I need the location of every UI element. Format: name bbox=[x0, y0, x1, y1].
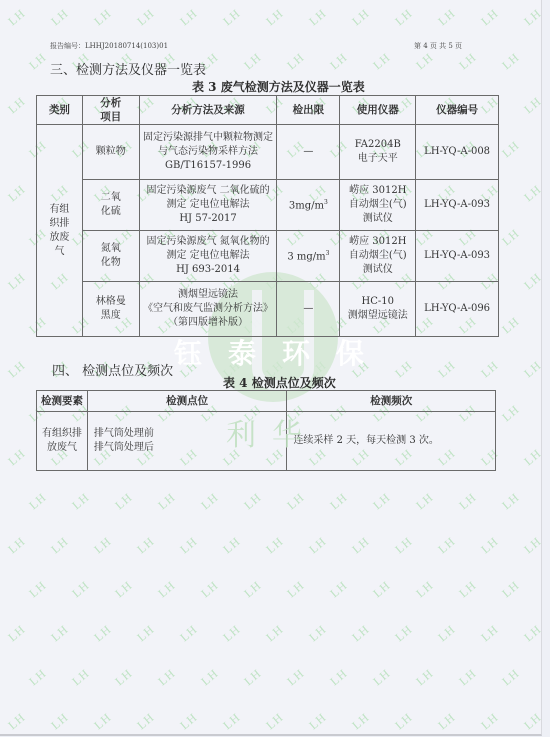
lh-watermark-mark: LH bbox=[241, 578, 264, 601]
lh-watermark-mark: LH bbox=[134, 534, 157, 557]
frequency-cell: 连续采样 2 天，每天检测 3 次。 bbox=[287, 412, 496, 471]
lh-watermark-mark: LH bbox=[349, 710, 372, 733]
lh-watermark-mark: LH bbox=[48, 6, 71, 29]
lh-watermark-mark: LH bbox=[349, 534, 372, 557]
element-cell: 有组织排 放废气 bbox=[37, 412, 88, 471]
table-row: 氮氧 化物 固定污染源废气 氮氧化物的 测定 定电位电解法 HJ 693-201… bbox=[37, 231, 499, 282]
col-header-item: 分析 项目 bbox=[82, 96, 139, 125]
col-header-instrument-id: 仪器编号 bbox=[416, 96, 499, 125]
section-4-title: 四、 检测点位及频次 bbox=[52, 360, 173, 379]
lh-watermark-mark: LH bbox=[413, 578, 436, 601]
item-cell: 林格曼 黑度 bbox=[82, 282, 139, 337]
lh-watermark-mark: LH bbox=[435, 534, 458, 557]
lh-watermark-mark: LH bbox=[435, 358, 458, 381]
lh-watermark-mark: LH bbox=[220, 534, 243, 557]
col-header-category: 类别 bbox=[37, 96, 83, 125]
lh-watermark-mark: LH bbox=[521, 94, 541, 117]
lh-watermark-mark: LH bbox=[499, 578, 522, 601]
page-info: 第 4 页 共 5 页 bbox=[414, 41, 462, 51]
lh-watermark-mark: LH bbox=[48, 534, 71, 557]
lh-watermark-mark: LH bbox=[177, 534, 200, 557]
item-cell: 二氧 化硫 bbox=[82, 180, 139, 231]
lh-watermark-mark: LH bbox=[198, 666, 221, 689]
lh-watermark-mark: LH bbox=[306, 6, 329, 29]
lh-watermark-mark: LH bbox=[499, 314, 522, 337]
limit-cell: — bbox=[277, 125, 340, 180]
lh-watermark-mark: LH bbox=[241, 490, 264, 513]
instrument-cell: 崂应 3012H 自动烟尘(气) 测试仪 bbox=[340, 231, 416, 282]
lh-watermark-mark: LH bbox=[263, 710, 286, 733]
instrument-id-cell: LH-YQ-A-093 bbox=[416, 231, 499, 282]
lh-watermark-mark: LH bbox=[521, 182, 541, 205]
lh-watermark-mark: LH bbox=[48, 622, 71, 645]
lh-watermark-mark: LH bbox=[112, 578, 135, 601]
lh-watermark-mark: LH bbox=[284, 578, 307, 601]
lh-watermark-mark: LH bbox=[177, 6, 200, 29]
table-row: 二氧 化硫 固定污染源废气 二氧化硫的 测定 定电位电解法 HJ 57-2017… bbox=[37, 180, 499, 231]
lh-watermark-mark: LH bbox=[112, 666, 135, 689]
lh-watermark-mark: LH bbox=[134, 622, 157, 645]
lh-watermark-mark: LH bbox=[499, 226, 522, 249]
lh-watermark-mark: LH bbox=[392, 6, 415, 29]
lh-watermark-mark: LH bbox=[349, 622, 372, 645]
document-page: LHLHLHLHLHLHLHLHLHLHLHLHLHLHLHLHLHLHLHLH… bbox=[0, 0, 542, 736]
lh-watermark-mark: LH bbox=[306, 710, 329, 733]
lh-watermark-mark: LH bbox=[456, 578, 479, 601]
col-header-method: 分析方法及来源 bbox=[139, 96, 277, 125]
lh-watermark-mark: LH bbox=[499, 138, 522, 161]
lh-watermark-mark: LH bbox=[478, 622, 501, 645]
lh-watermark-mark: LH bbox=[198, 490, 221, 513]
lh-watermark-mark: LH bbox=[327, 50, 350, 73]
instrument-cell: HC-10 测烟望远镜法 bbox=[340, 282, 416, 337]
method-cell: 固定污染源排气中颗粒物测定 与气态污染物采样方法 GB/T16157-1996 bbox=[139, 125, 277, 180]
lh-watermark-mark: LH bbox=[370, 666, 393, 689]
lh-watermark-mark: LH bbox=[521, 622, 541, 645]
category-cell: 有组 织排 放废 气 bbox=[37, 125, 83, 337]
lh-watermark-mark: LH bbox=[263, 6, 286, 29]
lh-watermark-mark: LH bbox=[134, 6, 157, 29]
instrument-id-cell: LH-YQ-A-008 bbox=[416, 125, 499, 180]
limit-cell: 3mg/m3 bbox=[277, 180, 340, 231]
lh-watermark-mark: LH bbox=[26, 490, 49, 513]
lh-watermark-mark: LH bbox=[134, 710, 157, 733]
lh-watermark-mark: LH bbox=[521, 6, 541, 29]
instrument-id-cell: LH-YQ-A-096 bbox=[416, 282, 499, 337]
lh-watermark-mark: LH bbox=[91, 6, 114, 29]
lh-watermark-mark: LH bbox=[435, 6, 458, 29]
section-3-title: 三、检测方法及仪器一览表 bbox=[50, 59, 206, 78]
report-number: 报告编号：LHHJ20180714(103)01 bbox=[50, 41, 168, 51]
lh-watermark-mark: LH bbox=[521, 446, 541, 469]
lh-watermark-mark: LH bbox=[370, 490, 393, 513]
lh-watermark-mark: LH bbox=[499, 666, 522, 689]
lh-watermark-mark: LH bbox=[413, 666, 436, 689]
table-4-caption: 表 4 检测点位及频次 bbox=[223, 374, 336, 391]
lh-watermark-mark: LH bbox=[241, 50, 264, 73]
table-row: 林格曼 黑度 测烟望远镜法 《空气和废气监测分析方法》 （第四版增补版） — H… bbox=[37, 282, 499, 337]
lh-watermark-mark: LH bbox=[499, 50, 522, 73]
lh-watermark-mark: LH bbox=[5, 710, 28, 733]
lh-watermark-mark: LH bbox=[413, 50, 436, 73]
lh-watermark-mark: LH bbox=[499, 402, 522, 425]
lh-watermark-mark: LH bbox=[392, 710, 415, 733]
lh-watermark-mark: LH bbox=[155, 666, 178, 689]
lh-watermark-mark: LH bbox=[177, 622, 200, 645]
lh-watermark-mark: LH bbox=[521, 358, 541, 381]
method-cell: 固定污染源废气 氮氧化物的 测定 定电位电解法 HJ 693-2014 bbox=[139, 231, 277, 282]
lh-watermark-mark: LH bbox=[521, 534, 541, 557]
col-header-instrument: 使用仪器 bbox=[340, 96, 416, 125]
lh-watermark-mark: LH bbox=[370, 578, 393, 601]
report-number-value: LHHJ20180714(103)01 bbox=[85, 42, 168, 50]
table-3-header-row: 类别 分析 项目 分析方法及来源 检出限 使用仪器 仪器编号 bbox=[37, 96, 499, 125]
instrument-cell: FA2204B 电子天平 bbox=[340, 125, 416, 180]
table-3-methods-instruments: 类别 分析 项目 分析方法及来源 检出限 使用仪器 仪器编号 有组 织排 放废 … bbox=[36, 95, 499, 337]
lh-watermark-mark: LH bbox=[521, 710, 541, 733]
lh-watermark-mark: LH bbox=[155, 490, 178, 513]
table-3-caption: 表 3 废气检测方法及仪器一览表 bbox=[192, 78, 365, 95]
lh-watermark-mark: LH bbox=[284, 50, 307, 73]
lh-watermark-mark: LH bbox=[456, 490, 479, 513]
lh-watermark-mark: LH bbox=[392, 534, 415, 557]
report-number-label: 报告编号： bbox=[50, 42, 85, 50]
lh-watermark-mark: LH bbox=[5, 6, 28, 29]
lh-watermark-mark: LH bbox=[327, 578, 350, 601]
col-header-frequency: 检测频次 bbox=[287, 391, 496, 412]
lh-watermark-mark: LH bbox=[478, 710, 501, 733]
lh-watermark-mark: LH bbox=[5, 358, 28, 381]
lh-watermark-mark: LH bbox=[5, 446, 28, 469]
method-cell: 测烟望远镜法 《空气和废气监测分析方法》 （第四版增补版） bbox=[139, 282, 277, 337]
item-cell: 氮氧 化物 bbox=[82, 231, 139, 282]
lh-watermark-mark: LH bbox=[392, 358, 415, 381]
lh-watermark-mark: LH bbox=[5, 270, 28, 293]
item-cell: 颗粒物 bbox=[82, 125, 139, 180]
lh-watermark-mark: LH bbox=[435, 710, 458, 733]
lh-watermark-mark: LH bbox=[413, 490, 436, 513]
lh-watermark-mark: LH bbox=[91, 622, 114, 645]
lh-watermark-mark: LH bbox=[5, 622, 28, 645]
instrument-cell: 崂应 3012H 自动烟尘(气) 测试仪 bbox=[340, 180, 416, 231]
lh-watermark-mark: LH bbox=[478, 358, 501, 381]
lh-watermark-mark: LH bbox=[220, 710, 243, 733]
table-4-header-row: 检测要素 检测点位 检测频次 bbox=[37, 391, 496, 412]
lh-watermark-mark: LH bbox=[177, 710, 200, 733]
limit-cell: — bbox=[277, 282, 340, 337]
lh-watermark-mark: LH bbox=[263, 534, 286, 557]
lh-watermark-mark: LH bbox=[69, 578, 92, 601]
limit-cell: 3 mg/m3 bbox=[277, 231, 340, 282]
lh-watermark-mark: LH bbox=[327, 490, 350, 513]
lh-watermark-mark: LH bbox=[112, 490, 135, 513]
lh-watermark-mark: LH bbox=[370, 50, 393, 73]
lh-watermark-mark: LH bbox=[478, 6, 501, 29]
limit-value: 3 mg/m bbox=[287, 252, 325, 263]
lh-watermark-mark: LH bbox=[521, 270, 541, 293]
col-header-points: 检测点位 bbox=[87, 391, 287, 412]
lh-watermark-mark: LH bbox=[284, 490, 307, 513]
instrument-id-cell: LH-YQ-A-093 bbox=[416, 180, 499, 231]
lh-watermark-mark: LH bbox=[26, 578, 49, 601]
lh-watermark-mark: LH bbox=[69, 666, 92, 689]
lh-watermark-mark: LH bbox=[198, 578, 221, 601]
lh-watermark-mark: LH bbox=[499, 490, 522, 513]
table-row: 有组 织排 放废 气 颗粒物 固定污染源排气中颗粒物测定 与气态污染物采样方法 … bbox=[37, 125, 499, 180]
lh-watermark-mark: LH bbox=[5, 534, 28, 557]
lh-watermark-mark: LH bbox=[456, 666, 479, 689]
limit-superscript: 3 bbox=[324, 199, 328, 206]
method-cell: 固定污染源废气 二氧化硫的 测定 定电位电解法 HJ 57-2017 bbox=[139, 180, 277, 231]
lh-watermark-mark: LH bbox=[69, 490, 92, 513]
lh-watermark-mark: LH bbox=[155, 578, 178, 601]
lh-watermark-mark: LH bbox=[48, 710, 71, 733]
lh-watermark-mark: LH bbox=[91, 710, 114, 733]
watermark-company-name: 钰泰环保 bbox=[174, 332, 390, 372]
limit-superscript: 3 bbox=[326, 250, 330, 257]
col-header-limit: 检出限 bbox=[277, 96, 340, 125]
lh-watermark-mark: LH bbox=[349, 6, 372, 29]
lh-watermark-mark: LH bbox=[284, 666, 307, 689]
lh-watermark-mark: LH bbox=[392, 622, 415, 645]
limit-value: 3mg/m bbox=[289, 201, 324, 212]
watermark-company-name-2: 利华 bbox=[226, 410, 318, 454]
lh-watermark-mark: LH bbox=[306, 622, 329, 645]
lh-watermark-mark: LH bbox=[478, 534, 501, 557]
lh-watermark-mark: LH bbox=[5, 182, 28, 205]
lh-watermark-mark: LH bbox=[91, 534, 114, 557]
lh-watermark-mark: LH bbox=[306, 534, 329, 557]
lh-watermark-mark: LH bbox=[435, 622, 458, 645]
lh-watermark-mark: LH bbox=[327, 666, 350, 689]
col-header-element: 检测要素 bbox=[37, 391, 88, 412]
lh-watermark-mark: LH bbox=[5, 94, 28, 117]
lh-watermark-mark: LH bbox=[220, 622, 243, 645]
lh-watermark-mark: LH bbox=[241, 666, 264, 689]
lh-watermark-mark: LH bbox=[26, 666, 49, 689]
lh-watermark-mark: LH bbox=[26, 50, 49, 73]
lh-watermark-mark: LH bbox=[456, 50, 479, 73]
lh-watermark-mark: LH bbox=[220, 6, 243, 29]
lh-watermark-mark: LH bbox=[263, 622, 286, 645]
